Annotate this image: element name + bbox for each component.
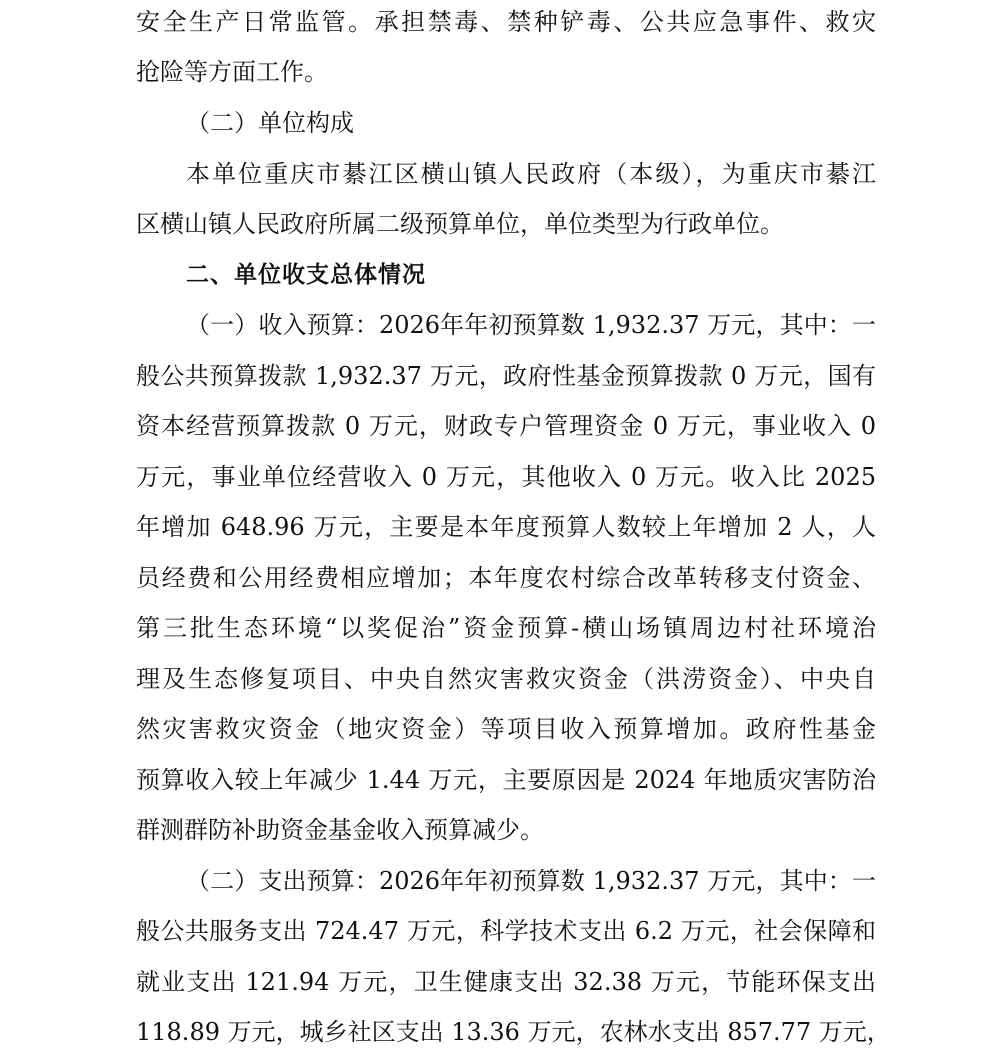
income-budget-paragraph-line-3: 资本经营预算拨款 0 万元，财政专户管理资金 0 万元，事业收入 0 bbox=[136, 404, 876, 454]
expenditure-budget-paragraph-line-4: 118.89 万元，城乡社区支出 13.36 万元，农林水支出 857.77 万… bbox=[136, 1010, 876, 1053]
income-budget-paragraph-line-10: 预算收入较上年减少 1.44 万元，主要原因是 2024 年地质灾害防治 bbox=[136, 758, 876, 808]
income-budget-paragraph-line-6: 员经费和公用经费相应增加；本年度农村综合改革转移支付资金、 bbox=[136, 556, 876, 606]
income-budget-paragraph-line-9: 然灾害救灾资金（地灾资金）等项目收入预算增加。政府性基金 bbox=[136, 707, 876, 757]
income-budget-paragraph-line-11: 群测群防补助资金基金收入预算减少。 bbox=[136, 808, 876, 858]
text-line-1: 安全生产日常监管。承担禁毒、禁种铲毒、公共应急事件、救灾 bbox=[136, 0, 876, 50]
income-budget-paragraph-line-1: （一）收入预算：2026年年初预算数 1,932.37 万元，其中：一 bbox=[186, 303, 876, 353]
income-budget-paragraph-line-5: 年增加 648.96 万元，主要是本年度预算人数较上年增加 2 人，人 bbox=[136, 505, 876, 555]
text-line-5: 区横山镇人民政府所属二级预算单位，单位类型为行政单位。 bbox=[136, 202, 876, 252]
text-line-2: 抢险等方面工作。 bbox=[136, 50, 876, 100]
income-budget-paragraph-line-8: 理及生态修复项目、中央自然灾害救灾资金（洪涝资金）、中央自 bbox=[136, 657, 876, 707]
expenditure-budget-paragraph-line-3: 就业支出 121.94 万元，卫生健康支出 32.38 万元，节能环保支出 bbox=[136, 960, 876, 1010]
section-heading-income-expenditure: 二、单位收支总体情况 bbox=[186, 253, 876, 303]
expenditure-budget-paragraph-line-2: 般公共服务支出 724.47 万元，科学技术支出 6.2 万元，社会保障和 bbox=[136, 909, 876, 959]
income-budget-paragraph-line-2: 般公共预算拨款 1,932.37 万元，政府性基金预算拨款 0 万元，国有 bbox=[136, 354, 876, 404]
income-budget-paragraph-line-4: 万元，事业单位经营收入 0 万元，其他收入 0 万元。收入比 2025 bbox=[136, 455, 876, 505]
expenditure-budget-paragraph-line-1: （二）支出预算：2026年年初预算数 1,932.37 万元，其中：一 bbox=[186, 859, 876, 909]
text-line-4: 本单位重庆市綦江区横山镇人民政府（本级），为重庆市綦江 bbox=[186, 152, 876, 202]
section-subheading-unit-composition: （二）单位构成 bbox=[186, 101, 876, 151]
income-budget-paragraph-line-7: 第三批生态环境“以奖促治”资金预算-横山场镇周边村社环境治 bbox=[136, 606, 876, 656]
